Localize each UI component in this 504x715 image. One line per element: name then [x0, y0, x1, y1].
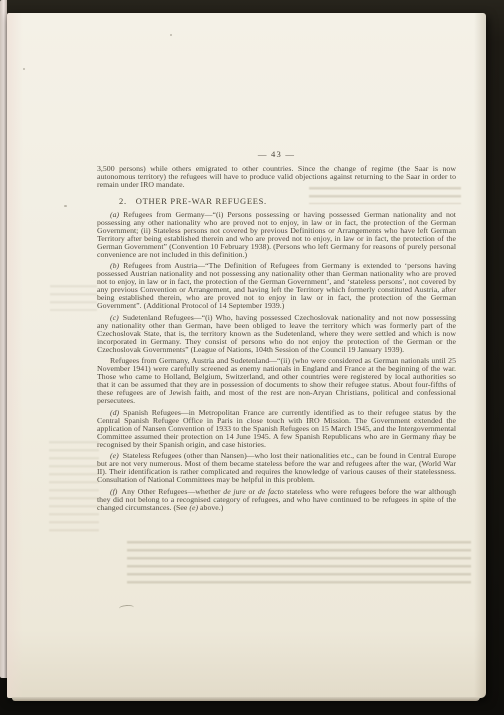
- paragraph-f: (f)Any Other Refugees—whether de jure or…: [97, 488, 456, 512]
- paragraph-a-text: Refugees from Germany—“(i) Persons posse…: [97, 210, 456, 259]
- intro-text: 3,500 persons) while others emigrated to…: [97, 164, 456, 189]
- paragraph-c-text: Sudetenland Refugees—“(i) Who, having po…: [97, 313, 456, 354]
- paragraph-f-text-4: above.): [198, 503, 223, 512]
- paragraph-e-text: Stateless Refugees (other than Nansen)—w…: [97, 451, 456, 484]
- dust-speck: [170, 34, 172, 36]
- page-bottom-edge: [12, 697, 480, 701]
- facing-page-edge: [0, 0, 7, 678]
- document-page: — 43 — 3,500 persons) while others emigr…: [7, 13, 486, 698]
- page-number: — 43 —: [97, 149, 456, 159]
- paragraph-e: (e)Stateless Refugees (other than Nansen…: [97, 452, 456, 484]
- dust-speck: [435, 433, 437, 435]
- dust-speck: [23, 68, 25, 70]
- bleed-through-text: [50, 285, 97, 311]
- paragraph-gas-text: Refugees from Germany, Austria and Sudet…: [97, 356, 456, 405]
- paragraph-a: (a)Refugees from Germany—“(i) Persons po…: [97, 211, 456, 259]
- section-heading: 2.OTHER PRE-WAR REFUGEES.: [119, 197, 456, 205]
- bleed-through-text: [49, 441, 99, 535]
- scanned-book-photo: — 43 — 3,500 persons) while others emigr…: [0, 0, 504, 715]
- dust-speck: [64, 205, 67, 207]
- paragraph-d: (d)Spanish Refugees—in Metropolitan Fran…: [97, 409, 456, 449]
- page-body: 3,500 persons) while others emigrated to…: [97, 165, 456, 515]
- paragraph-b: (b)Refugees from Austria—“The Definition…: [97, 262, 456, 310]
- paragraph-d-text: Spanish Refugees—in Metropolitan France …: [97, 408, 456, 449]
- pencil-mark: [119, 604, 135, 612]
- section-title: OTHER PRE-WAR REFUGEES.: [136, 196, 267, 206]
- intro-paragraph: 3,500 persons) while others emigrated to…: [97, 165, 456, 189]
- paragraph-f-italic-e-ref: (e): [189, 503, 198, 512]
- section-number: 2.: [119, 196, 136, 206]
- bleed-through-text: [127, 541, 471, 587]
- paragraph-germany-austria-sudetenland: Refugees from Germany, Austria and Sudet…: [97, 357, 456, 405]
- paragraph-c: (c)Sudetenland Refugees—“(i) Who, having…: [97, 314, 456, 354]
- paragraph-b-text: Refugees from Austria—“The Definition of…: [97, 261, 456, 310]
